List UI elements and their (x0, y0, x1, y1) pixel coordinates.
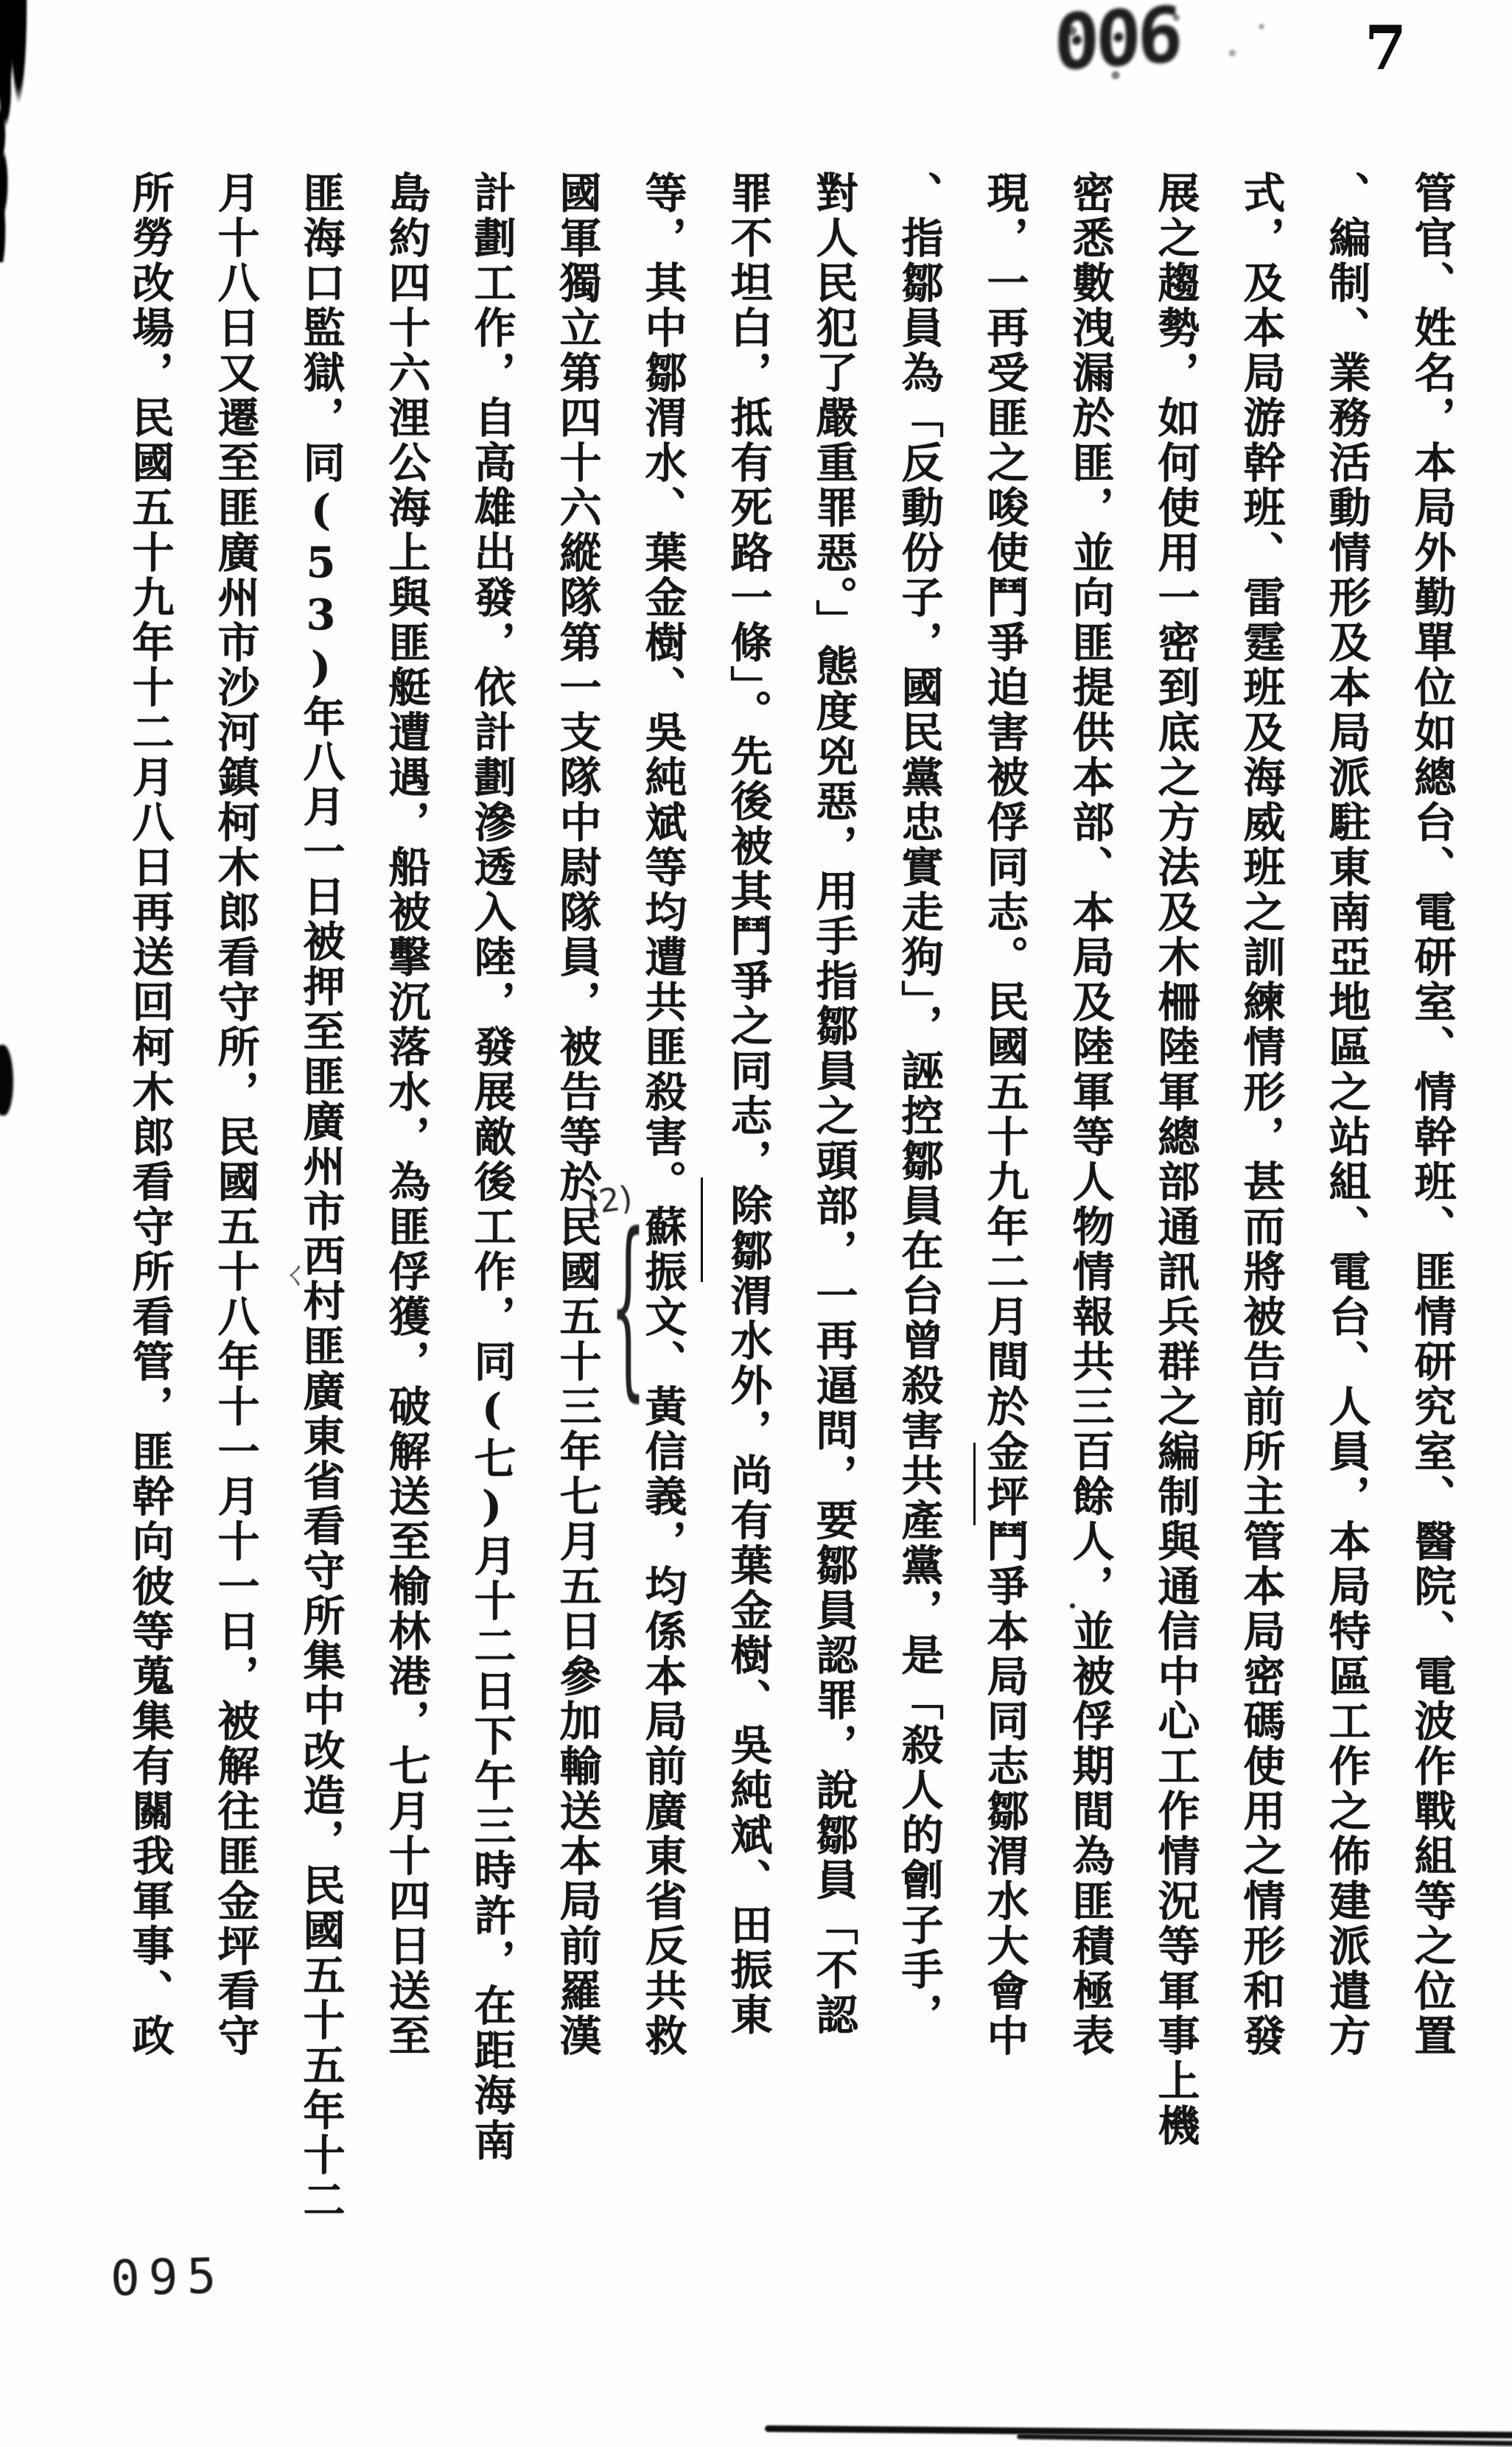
text-column-5: 密悉數洩漏於匪，並向匪提供本部、本局及陸軍等人物情報共三百餘人，並被俘期間為匪積… (1067, 171, 1113, 2205)
proper-name-sideline (973, 1443, 976, 1525)
text-column-14: 匪海口監獄，同(53)年八月一日被押至匪廣州市西村匪廣東省看守所集中改造，民國五… (298, 171, 343, 2205)
text-column-7: 、指鄒員為「反動份子，國民黨忠實走狗」，誣控鄒員在台曾殺害共產黨，是「殺人的劊子… (896, 171, 942, 2205)
text-column-6: 現，一再受匪之唆使鬥爭迫害被俘同志。民國五十九年二月間於金坪鬥爭本局同志鄒渭水大… (981, 171, 1027, 2205)
text-column-12: 計劃工作，自高雄出發，依計劃滲透入陸，發展敵後工作，同(七)月十二日下午三時許，… (469, 171, 514, 2205)
text-column-9: 罪不坦白，抵有死路一條」。先後被其鬥爭之同志，除鄒渭水外，尚有葉金樹、吳純斌、田… (725, 171, 771, 2205)
text-column-15: 月十八日又遷至匪廣州市沙河鎮柯木郎看守所，民國五十八年十一月十一日，被解往匪金坪… (212, 171, 258, 2205)
ink-speck (1261, 410, 1267, 415)
page-number: 7 (1365, 13, 1407, 84)
proper-name-sideline (701, 1177, 703, 1282)
text-column-13: 島約四十六浬公海上與匪艇遭遇，船被擊沉落水，為匪俘獲，破解送至榆林港，七月十四日… (383, 171, 429, 2205)
text-column-16: 所勞改場，民國五十九年十二月八日再送回柯木郎看守所看管，匪幹向彼等蒐集有關我軍事… (127, 171, 172, 2205)
text-column-4: 展之趨勢，如何使用一密到底之方法及木柵陸軍總部通訊兵群之編制與通信中心工作情況等… (1152, 171, 1198, 2205)
text-column-10: 等，其中鄒渭水、葉金樹、吳純斌等均遭共匪殺害。蘇振文、黃信義，均係本局前廣東省反… (640, 171, 685, 2205)
scan-ink-blob (0, 1045, 13, 1116)
folio-number: 095 (110, 2247, 225, 2307)
text-column-1: 管官、姓名，本局外勤單位如總台、電研室、情幹班、匪情研究室、醫院、電波作戰組等之… (1409, 171, 1455, 2205)
numeric-stamp: 006 (1054, 0, 1178, 88)
ink-speck (1070, 1603, 1075, 1608)
text-column-3: 式，及本局游幹班、雷霆班及海威班之訓練情形，甚而將被告前所主管本局密碼使用之情形… (1238, 171, 1284, 2205)
handwritten-brace-mark: { (610, 1192, 646, 1419)
scanned-document-page: 006 7 管官、姓名，本局外勤單位如總台、電研室、情幹班、匪情研究室、醫院、電… (0, 0, 1512, 2447)
text-column-8: 對人民犯了嚴重罪惡。」態度兇惡，用手指鄒員之頭部，一再逼問，要鄒員認罪，說鄒員「… (811, 171, 856, 2205)
text-column-2: 、編制、業務活動情形及本局派駐東南亞地區之站組、電台、人員，本局特區工作之佈建派… (1323, 171, 1369, 2205)
scan-edge-speckle (0, 0, 34, 262)
vertical-text-block: 管官、姓名，本局外勤單位如總台、電研室、情幹班、匪情研究室、醫院、電波作戰組等之… (87, 171, 1455, 2205)
